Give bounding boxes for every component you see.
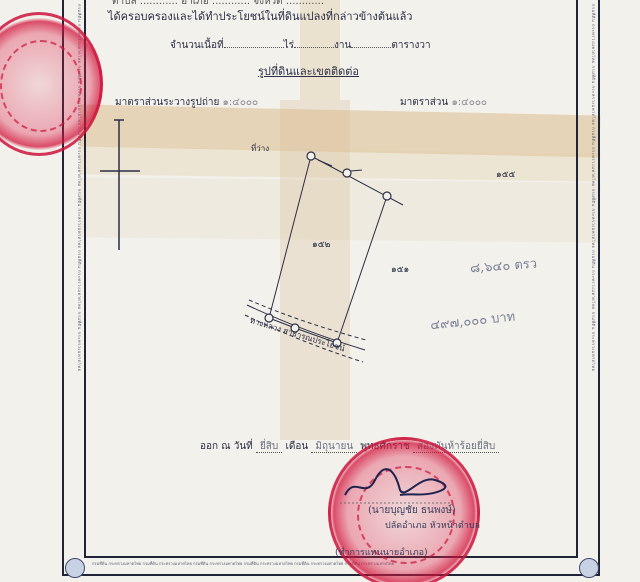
signatory-office: (ทำการแทนนายอำเภอ) xyxy=(335,545,428,559)
plot-number-label: ๑๕๒ xyxy=(312,237,330,251)
issue-day: ยี่สิบ xyxy=(256,441,282,453)
signatory-name: (นายบุญชัย ธนพงษ์) xyxy=(368,503,456,518)
signatory-title: ปลัดอำเภอ หัวหน้าตำบล xyxy=(385,518,480,532)
issue-month: มิถุนายน xyxy=(311,441,357,453)
plot-map-drawing xyxy=(0,0,640,582)
east-neighbor-label: ๑๕๕ xyxy=(496,167,515,181)
signature-icon xyxy=(340,465,460,505)
north-boundary-label: ที่ว่าง xyxy=(251,142,269,155)
issue-month-label: เดือน xyxy=(285,441,308,452)
issue-date-line: ออก ณ วันที่ ยี่สิบ เดือน มิถุนายน พุทธศ… xyxy=(200,439,499,454)
issue-prefix: ออก ณ วันที่ xyxy=(200,441,253,452)
north-arrow-icon xyxy=(100,120,140,250)
document-paper: กรมที่ดิน กระทรวงมหาดไทย กรมที่ดิน กระทร… xyxy=(0,0,640,582)
neighbor-number-label: ๑๕๑ xyxy=(391,262,409,276)
